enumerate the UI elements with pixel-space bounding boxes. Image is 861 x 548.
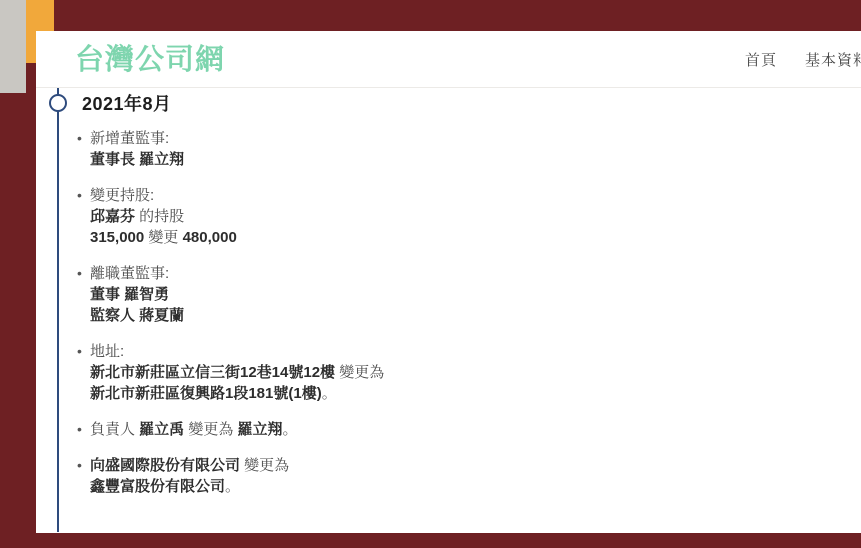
timeline-list: 新增董監事:董事長 羅立翔變更持股:邱嘉芬 的持股315,000 變更 480,…: [90, 128, 861, 497]
list-item: 新增董監事:董事長 羅立翔: [90, 128, 861, 170]
period-heading: 2021年8月: [82, 92, 861, 116]
main-card: 台灣公司網 首頁 基本資料 2021年8月 新增董監事:董事長 羅立翔變更持股:…: [36, 31, 861, 533]
list-item: 地址:新北市新莊區立信三街12巷14號12樓 變更為新北市新莊區復興路1段181…: [90, 341, 861, 404]
list-item: 負責人 羅立禹 變更為 羅立翔。: [90, 419, 861, 440]
timeline-section: 2021年8月 新增董監事:董事長 羅立翔變更持股:邱嘉芬 的持股315,000…: [36, 88, 861, 532]
list-item: 向盛國際股份有限公司 變更為鑫豐富股份有限公司。: [90, 455, 861, 497]
timeline-marker-icon: [49, 94, 67, 112]
site-logo[interactable]: 台灣公司網: [75, 44, 225, 76]
nav-item-basic-info[interactable]: 基本資料: [805, 49, 861, 70]
page: 台灣公司網 首頁 基本資料 2021年8月 新增董監事:董事長 羅立翔變更持股:…: [0, 0, 861, 548]
list-item: 變更持股:邱嘉芬 的持股315,000 變更 480,000: [90, 185, 861, 248]
gray-corner-block: [0, 0, 26, 93]
list-item: 離職董監事:董事 羅智勇監察人 蔣夏蘭: [90, 263, 861, 326]
nav-item-home[interactable]: 首頁: [745, 49, 777, 70]
site-header: 台灣公司網 首頁 基本資料: [36, 31, 861, 88]
main-nav: 首頁 基本資料: [745, 31, 861, 88]
timeline-line: [57, 88, 59, 532]
